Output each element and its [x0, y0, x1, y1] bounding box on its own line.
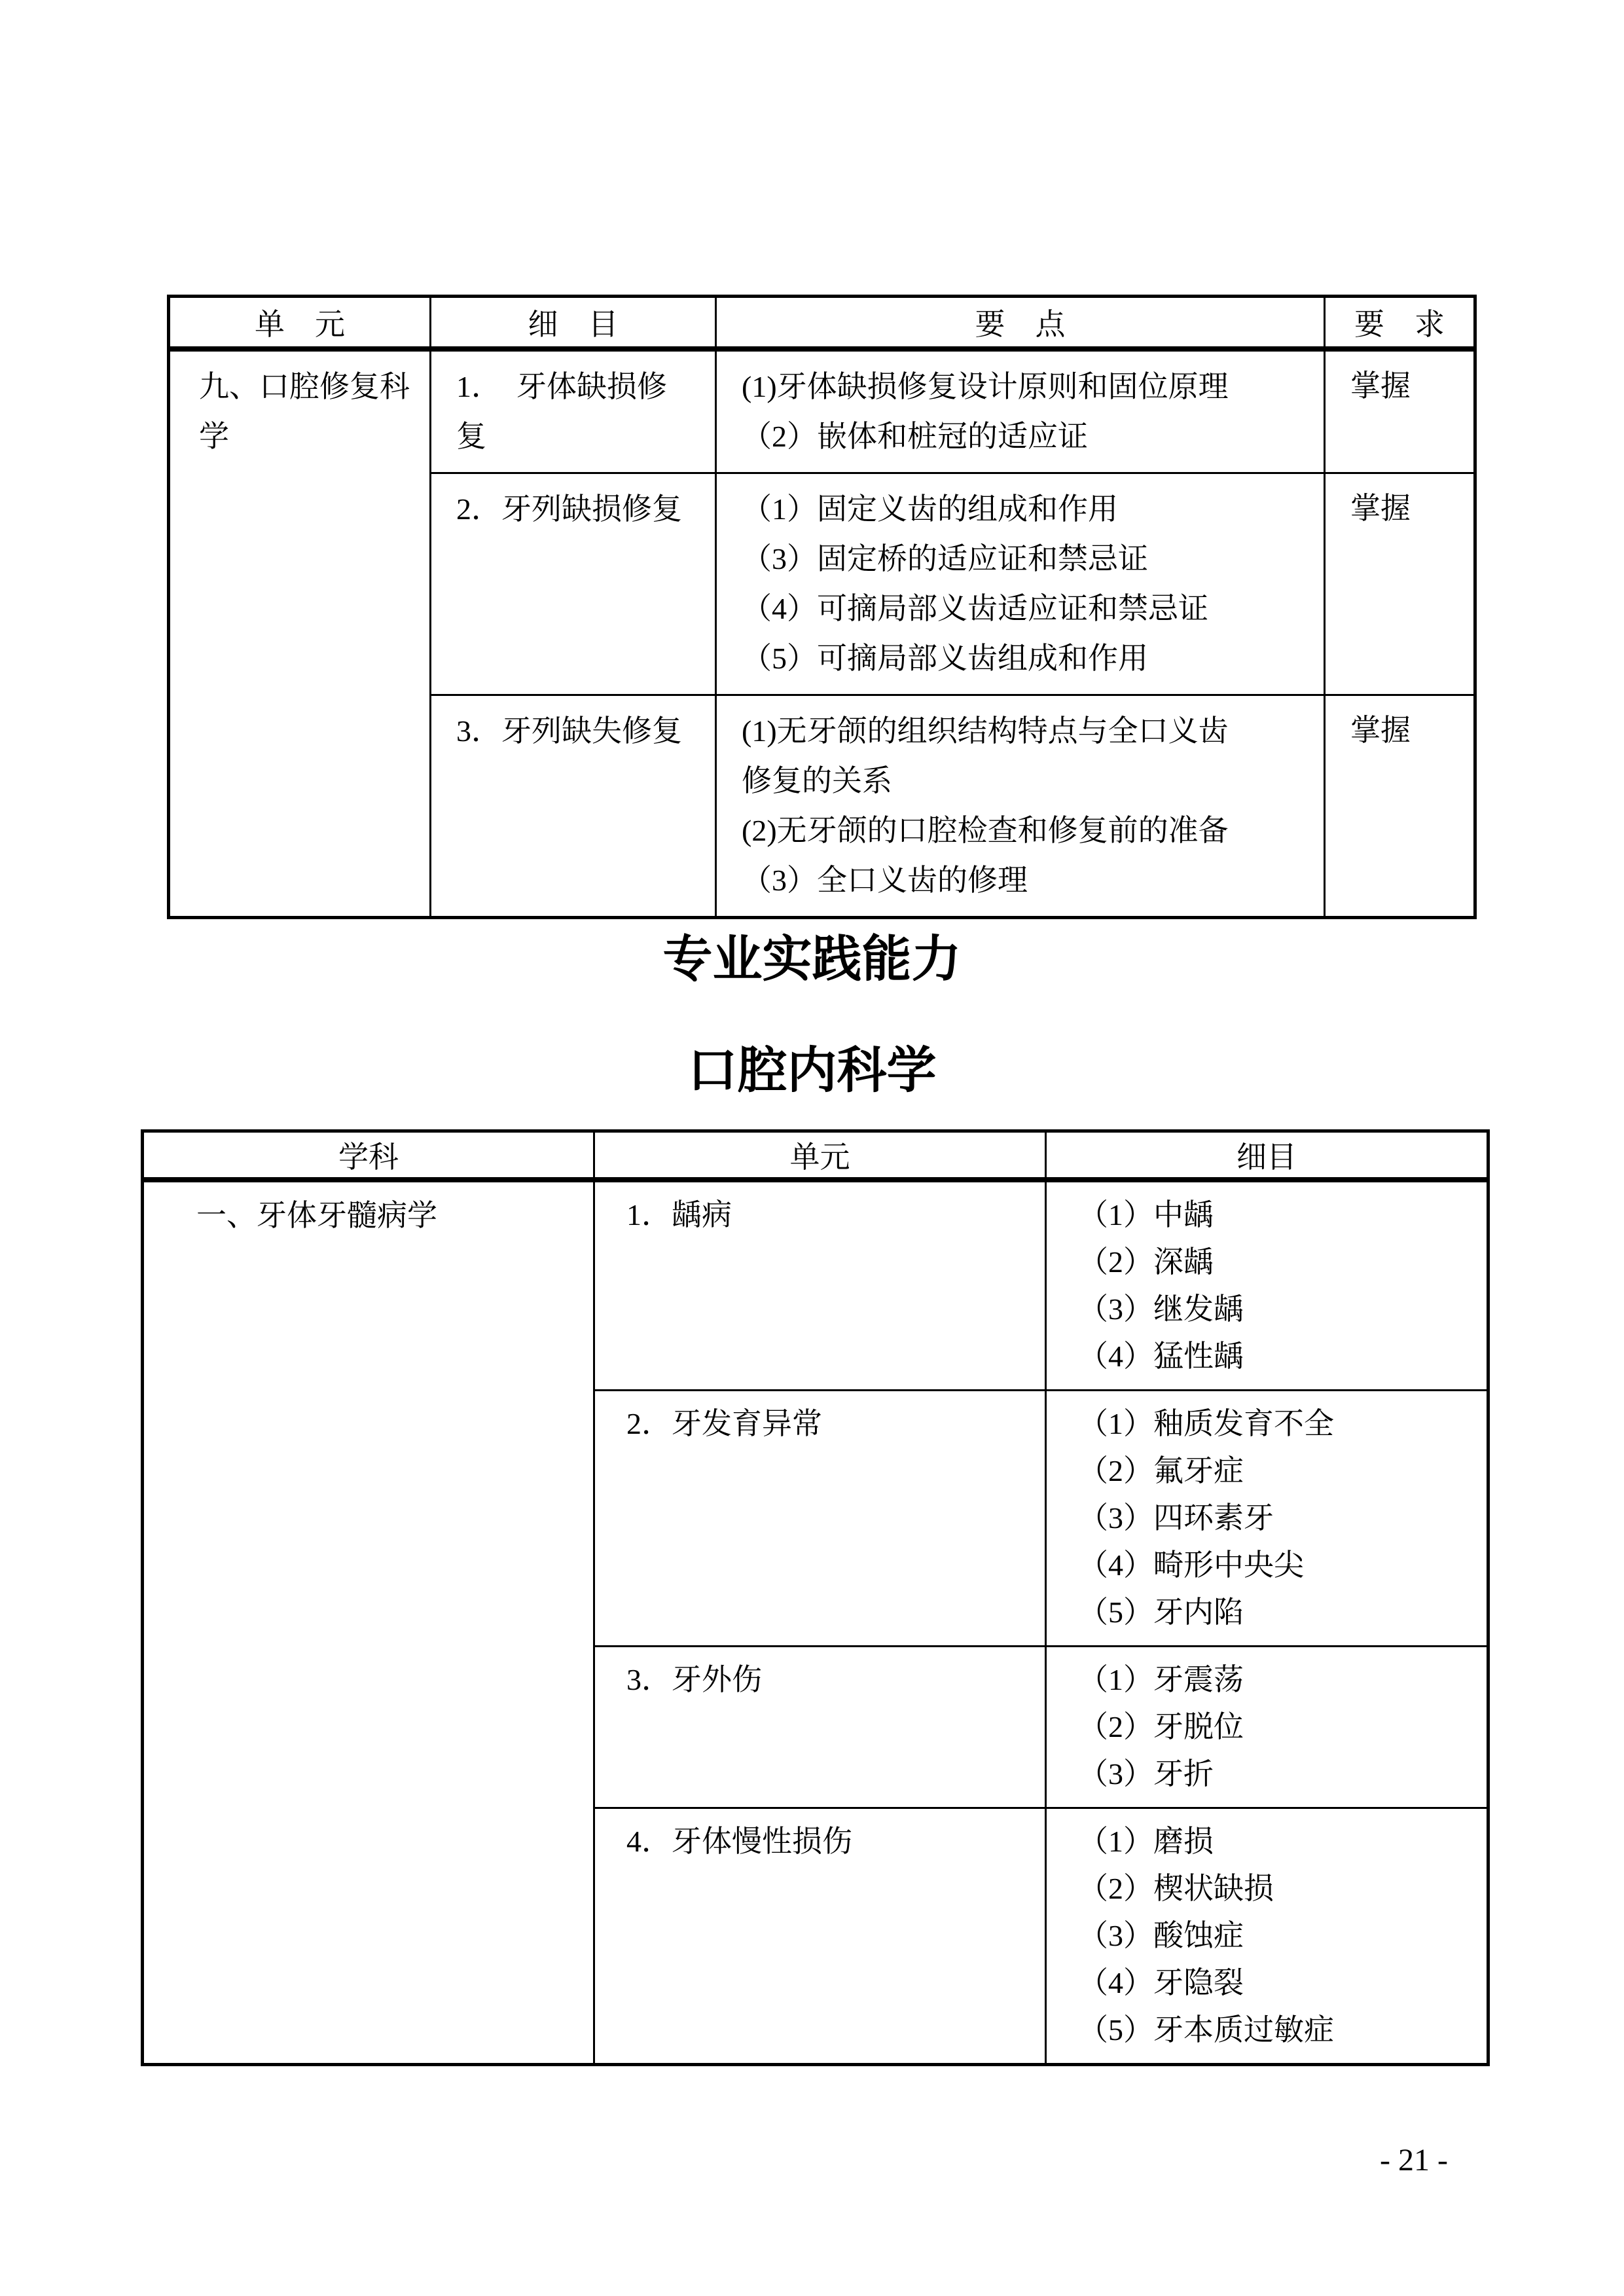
cell-text-line: （2）深龋	[1078, 1239, 1471, 1286]
table2-cell-detail-4: （1）磨损（2）楔状缺损（3）酸蚀症（4）牙隐裂（5）牙本质过敏症	[1046, 1808, 1489, 2065]
table2-cell-detail-2: （1）釉质发育不全（2）氟牙症（3）四环素牙（4）畸形中央尖（5）牙内陷	[1046, 1391, 1489, 1647]
cell-text-line: （2）牙脱位	[1078, 1704, 1471, 1751]
table1-col-header-points: 要 点	[716, 297, 1325, 350]
section-title: 专业实践能力	[0, 931, 1624, 988]
table2-cell-unit-4: 4．牙体慢性损伤	[594, 1808, 1046, 2065]
cell-text-line: 学	[199, 412, 411, 462]
cell-text-line: （3）全口义齿的修理	[742, 856, 1305, 905]
cell-text-line: 复	[456, 412, 696, 462]
cell-text-line: (1)牙体缺损修复设计原则和固位原理	[742, 362, 1305, 412]
cell-text-line: （3）继发龋	[1078, 1286, 1471, 1333]
table2-row-1: 一、牙体牙髓病学 1．龋病 （1）中龋（2）深龋（3）继发龋（4）猛性龋	[143, 1180, 1489, 1391]
table1-header-row: 单 元 细 目 要 点 要 求	[169, 297, 1475, 350]
cell-text-line: 九、口腔修复科	[199, 362, 411, 412]
table1-cell-requirement-1: 掌握	[1325, 349, 1475, 473]
cell-text-line: （3）四环素牙	[1078, 1495, 1471, 1542]
table1-col-header-detail: 细 目	[431, 297, 716, 350]
table1-cell-detail-2: 2．牙列缺损修复	[431, 473, 716, 695]
cell-text-line: （5）牙本质过敏症	[1078, 2007, 1471, 2054]
table-prosthodontics: 单 元 细 目 要 点 要 求 九、口腔修复科学 1． 牙体缺损修复 (1)牙体…	[167, 295, 1477, 919]
cell-text-line: （4）畸形中央尖	[1078, 1542, 1471, 1589]
subsection-title: 口腔内科学	[0, 1042, 1624, 1099]
unit-label: 3．牙外伤	[626, 1656, 1029, 1704]
cell-text-line: （1）固定义齿的组成和作用	[742, 484, 1305, 534]
cell-text-line: （5）可摘局部义齿组成和作用	[742, 634, 1305, 683]
cell-text-line: （2）氟牙症	[1078, 1448, 1471, 1495]
table2-cell-unit-2: 2．牙发育异常	[594, 1391, 1046, 1647]
cell-text-line: (2)无牙颌的口腔检查和修复前的准备	[742, 806, 1305, 856]
cell-text-line: 修复的关系	[742, 756, 1305, 806]
table2-cell-unit-3: 3．牙外伤	[594, 1647, 1046, 1808]
table1-cell-points-1: (1)牙体缺损修复设计原则和固位原理（2）嵌体和桩冠的适应证	[716, 349, 1325, 473]
cell-text-line: （1）磨损	[1078, 1818, 1471, 1865]
cell-text-line: （4）可摘局部义齿适应证和禁忌证	[742, 584, 1305, 634]
table1-cell-unit-group: 九、口腔修复科学	[169, 349, 431, 918]
cell-text-line: （2）嵌体和桩冠的适应证	[742, 412, 1305, 462]
unit-label: 4．牙体慢性损伤	[626, 1818, 1029, 1865]
table1-col-header-requirement: 要 求	[1325, 297, 1475, 350]
table2-cell-unit-1: 1．龋病	[594, 1180, 1046, 1391]
cell-text-line: 2．牙列缺损修复	[456, 484, 696, 534]
table2-cell-detail-3: （1）牙震荡（2）牙脱位（3）牙折	[1046, 1647, 1489, 1808]
table2-col-header-unit: 单元	[594, 1131, 1046, 1180]
cell-text-line: （1）牙震荡	[1078, 1656, 1471, 1704]
cell-text-line: 1． 牙体缺损修	[456, 362, 696, 412]
table1-cell-points-3: (1)无牙颌的组织结构特点与全口义齿修复的关系(2)无牙颌的口腔检查和修复前的准…	[716, 695, 1325, 918]
cell-text-line: （4）猛性龋	[1078, 1333, 1471, 1380]
document-page: 单 元 细 目 要 点 要 求 九、口腔修复科学 1． 牙体缺损修复 (1)牙体…	[0, 0, 1624, 2296]
table2-header-row: 学科 单元 细目	[143, 1131, 1489, 1180]
table1-cell-requirement-2: 掌握	[1325, 473, 1475, 695]
cell-text-line: （1）釉质发育不全	[1078, 1400, 1471, 1448]
table2-cell-subject-group: 一、牙体牙髓病学	[143, 1180, 594, 2065]
cell-text-line: （4）牙隐裂	[1078, 1959, 1471, 2007]
unit-label: 2．牙发育异常	[626, 1400, 1029, 1448]
table2-col-header-detail: 细目	[1046, 1131, 1489, 1180]
cell-text-line: （5）牙内陷	[1078, 1589, 1471, 1636]
table-oral-medicine: 学科 单元 细目 一、牙体牙髓病学 1．龋病 （1）中龋（2）深龋（3）继发龋（…	[141, 1129, 1490, 2066]
unit-label: 1．龋病	[626, 1192, 1029, 1239]
page-number: - 21 -	[1380, 2142, 1448, 2178]
cell-text-line: （3）固定桥的适应证和禁忌证	[742, 534, 1305, 584]
cell-text-line: （2）楔状缺损	[1078, 1865, 1471, 1912]
table1-col-header-unit: 单 元	[169, 297, 431, 350]
table1-row-1: 九、口腔修复科学 1． 牙体缺损修复 (1)牙体缺损修复设计原则和固位原理（2）…	[169, 349, 1475, 473]
table1-cell-detail-3: 3．牙列缺失修复	[431, 695, 716, 918]
table2-col-header-subject: 学科	[143, 1131, 594, 1180]
cell-text-line: （1）中龋	[1078, 1192, 1471, 1239]
table1-cell-requirement-3: 掌握	[1325, 695, 1475, 918]
cell-text-line: 3．牙列缺失修复	[456, 706, 696, 756]
cell-text-line: （3）酸蚀症	[1078, 1912, 1471, 1959]
table1-cell-detail-1: 1． 牙体缺损修复	[431, 349, 716, 473]
cell-text-line: (1)无牙颌的组织结构特点与全口义齿	[742, 706, 1305, 756]
table2-cell-detail-1: （1）中龋（2）深龋（3）继发龋（4）猛性龋	[1046, 1180, 1489, 1391]
table1-cell-points-2: （1）固定义齿的组成和作用（3）固定桥的适应证和禁忌证（4）可摘局部义齿适应证和…	[716, 473, 1325, 695]
cell-text-line: （3）牙折	[1078, 1751, 1471, 1798]
